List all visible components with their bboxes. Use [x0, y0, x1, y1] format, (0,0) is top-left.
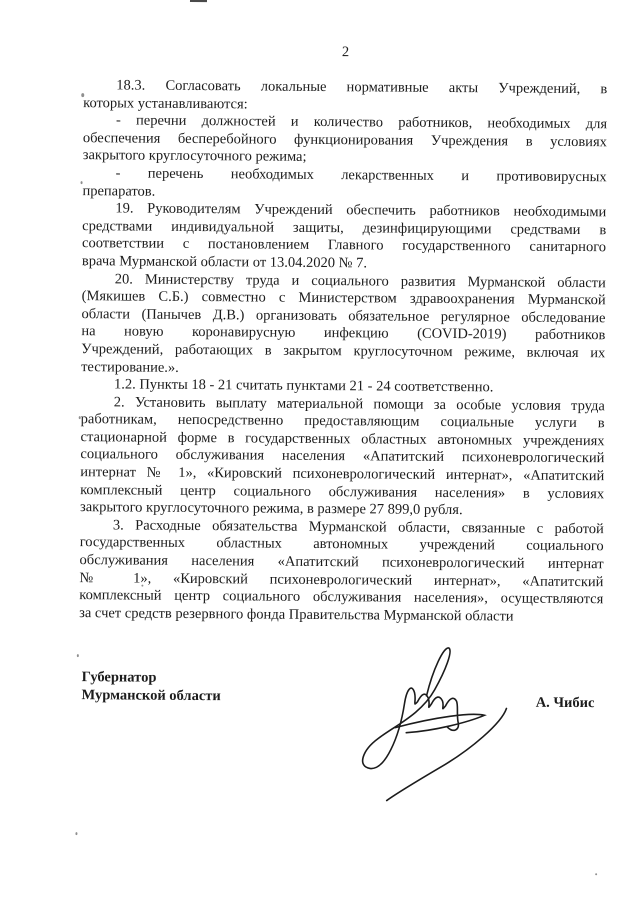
paragraph: 19. Руководителям Учреждений обеспечить …: [82, 200, 607, 274]
scan-speck: [77, 654, 79, 657]
page-number: 2: [84, 42, 608, 63]
document-body: 18.3. Согласовать локальные нормативные …: [79, 77, 607, 627]
paragraph: 18.3. Согласовать локальные нормативные …: [83, 77, 607, 116]
scan-speck: [81, 181, 83, 184]
scan-speck: [141, 585, 143, 587]
document-page: 2 18.3. Согласовать локальные нормативны…: [0, 0, 640, 905]
handwritten-signature-icon: [350, 641, 515, 804]
scan-speck: [79, 416, 81, 419]
scan-speck: [84, 264, 86, 266]
scan-speck: [81, 93, 84, 97]
signer-title-line2: Мурманской области: [81, 687, 220, 706]
paragraph: 2. Установить выплату материальной помощ…: [80, 394, 605, 521]
scan-edge-artifact: [190, 0, 207, 2]
paragraph: - перечень необходимых лекарственных и п…: [82, 165, 606, 204]
paragraph: 3. Расходные обязательства Мурманской об…: [79, 517, 604, 627]
signer-title-line1: Губернатор: [82, 669, 221, 688]
signer-name: А. Чибис: [480, 694, 594, 712]
scan-speck: [75, 832, 77, 835]
signer-title: Губернатор Мурманской области: [81, 669, 221, 705]
paragraph: 20. Министерству труда и социального раз…: [81, 271, 606, 381]
scan-speck: [595, 873, 597, 875]
paragraph: - перечни должностей и количество работн…: [83, 112, 607, 169]
